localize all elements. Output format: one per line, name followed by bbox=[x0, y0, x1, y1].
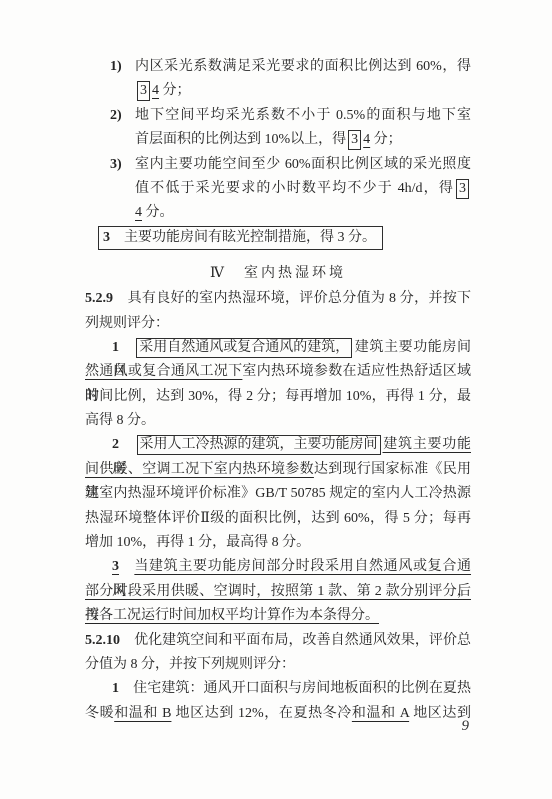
bold-number: 2 bbox=[112, 437, 119, 452]
clause-line: 2 采用人工冷热源的建筑，主要功能房间建筑主要功能房 bbox=[85, 433, 471, 457]
text-run: 分值为 8 分，并按下列规则评分： bbox=[85, 657, 295, 672]
text-run: 增加 10%，再得 1 分，最高得 8 分。 bbox=[85, 535, 310, 550]
paragraph-line: 高得 8 分。 bbox=[85, 409, 471, 433]
bold-number: 1 bbox=[112, 681, 119, 696]
list-item-continuation: 34 分； bbox=[85, 79, 471, 103]
paragraph-line: 增加 10%，再得 1 分，最高得 8 分。 bbox=[85, 531, 471, 555]
list-item-line: 1)内区采光系数满足采光要求的面积比例达到 60%，得 bbox=[85, 55, 471, 79]
paragraph-line: 热湿环境整体评价Ⅱ级的面积比例，达到 60%，得 5 分；每再 bbox=[85, 507, 471, 531]
text-run: 优化建筑空间和平面布局，改善自然通风效果，评价总 bbox=[120, 633, 471, 648]
paragraph-line: 间供暖、空调工况下室内热环境参数达到现行国家标准《民用建 bbox=[85, 458, 471, 482]
paragraph-line: 分值为 8 分，并按下列规则评分： bbox=[85, 653, 471, 677]
deleted-text: 3 bbox=[137, 81, 150, 101]
list-marker: 3) bbox=[110, 153, 122, 177]
text-run: 热湿环境整体评价Ⅱ级的面积比例，达到 60%，得 5 分；每再 bbox=[85, 511, 471, 526]
text-run: Ⅳ 室内热湿环境 bbox=[210, 266, 346, 281]
paragraph-line: 然通风或复合通风工况下室内热环境参数在适应性热舒适区域的 bbox=[85, 360, 471, 384]
text-run: 首层面积的比例达到 10%以上，得 bbox=[135, 132, 346, 147]
inserted-text: 按各工况运行时间加权平均计算作为本条得分。 bbox=[85, 608, 379, 623]
bold-number: 1 bbox=[112, 340, 119, 355]
bold-number: 5.2.10 bbox=[85, 633, 120, 648]
text-run: 时间比例，达到 30%，得 2 分；每再增加 10%，再得 1 分，最 bbox=[85, 389, 471, 404]
text-run: 分； bbox=[159, 83, 191, 98]
paragraph-line: 列规则评分： bbox=[85, 312, 471, 336]
text-run bbox=[119, 437, 135, 452]
section-heading: Ⅳ 室内热湿环境 bbox=[85, 262, 471, 286]
deleted-text: 采用人工冷热源的建筑，主要功能房间 bbox=[137, 435, 381, 455]
list-item-continuation: 首层面积的比例达到 10%以上，得34 分； bbox=[85, 128, 471, 152]
revision-box: 3 主要功能房间有眩光控制措施，得 3 分。 bbox=[98, 226, 383, 250]
text-run: 列规则评分： bbox=[85, 316, 169, 331]
deleted-text: 3 bbox=[456, 179, 469, 199]
inserted-text: 4 bbox=[152, 83, 159, 98]
text-run bbox=[119, 559, 134, 574]
clause-line: 3 当建筑主要功能房间部分时段采用自然通风或复合通风， bbox=[85, 555, 471, 579]
paragraph-line: 5.2.10 优化建筑空间和平面布局，改善自然通风效果，评价总 bbox=[85, 629, 471, 653]
list-item-line: 3)室内主要功能空间至少 60%面积比例区域的采光照度 bbox=[85, 153, 471, 177]
text-run: 内区采光系数满足采光要求的面积比例达到 60%，得 bbox=[135, 59, 471, 74]
text-run: 建筑主要功能房间 bbox=[354, 340, 471, 355]
paragraph-line: 筑室内热湿环境评价标准》GB/T 50785 规定的室内人工冷热源 bbox=[85, 482, 471, 506]
text-run: 具有良好的室内热湿环境，评价总分值为 8 分，并按下 bbox=[113, 291, 471, 306]
clause-line: 1 采用自然通风或复合通风的建筑，建筑主要功能房间自 bbox=[85, 336, 471, 360]
text-run: 地下空间平均采光系数不小于 0.5%的面积与地下室 bbox=[135, 108, 471, 123]
paragraph-line: 部分时段采用供暖、空调时，按照第 1 款、第 2 款分别评分后再 bbox=[85, 580, 471, 604]
text-run bbox=[119, 340, 134, 355]
inserted-text: 间供暖、空调工况下室内热环境参数 bbox=[85, 462, 314, 477]
inserted-text: 然通风或复合通风工况下 bbox=[85, 364, 242, 379]
text-run: 高得 8 分。 bbox=[85, 413, 155, 428]
paragraph-line: 按各工况运行时间加权平均计算作为本条得分。 bbox=[85, 604, 471, 628]
clause-line: 1 住宅建筑：通风开口面积与房间地板面积的比例在夏热 bbox=[85, 677, 471, 701]
text-run: 室内主要功能空间至少 60%面积比例区域的采光照度 bbox=[135, 157, 471, 172]
list-item-continuation: 值不低于采光要求的小时数平均不少于 4h/d，得3 bbox=[85, 177, 471, 201]
list-marker: 1) bbox=[110, 55, 122, 79]
text-run: 值不低于采光要求的小时数平均不少于 4h/d，得 bbox=[135, 181, 454, 196]
paragraph-line: 5.2.9 具有良好的室内热湿环境，评价总分值为 8 分，并按下 bbox=[85, 287, 471, 311]
list-marker: 2) bbox=[110, 104, 122, 128]
document-page: 1)内区采光系数满足采光要求的面积比例达到 60%，得34 分；2)地下空间平均… bbox=[0, 0, 552, 799]
bold-number: 3 bbox=[103, 230, 110, 245]
text-run: 筑室内热湿环境评价标准》GB/T 50785 规定的室内人工冷热源 bbox=[85, 486, 471, 501]
deleted-text: 采用自然通风或复合通风的建筑， bbox=[136, 338, 352, 358]
text-run: 分。 bbox=[142, 205, 174, 220]
text-run: 主要功能房间有眩光控制措施，得 3 分。 bbox=[110, 230, 376, 245]
list-item-continuation: 4 分。 bbox=[85, 201, 471, 225]
page-number: 9 bbox=[85, 718, 471, 735]
deleted-text: 3 bbox=[348, 130, 361, 150]
page-body: 1)内区采光系数满足采光要求的面积比例达到 60%，得34 分；2)地下空间平均… bbox=[85, 55, 471, 726]
inserted-text: 4 bbox=[135, 205, 142, 220]
inserted-text: 3 bbox=[112, 559, 119, 574]
deleted-paragraph-box: 3 主要功能房间有眩光控制措施，得 3 分。 bbox=[85, 226, 471, 252]
text-run: 住宅建筑：通风开口面积与房间地板面积的比例在夏热 bbox=[119, 681, 471, 696]
list-item-line: 2)地下空间平均采光系数不小于 0.5%的面积与地下室 bbox=[85, 104, 471, 128]
text-run: 分； bbox=[370, 132, 402, 147]
page-footer: 9 bbox=[85, 712, 471, 735]
paragraph-line: 时间比例，达到 30%，得 2 分；每再增加 10%，再得 1 分，最 bbox=[85, 385, 471, 409]
bold-number: 5.2.9 bbox=[85, 291, 113, 306]
